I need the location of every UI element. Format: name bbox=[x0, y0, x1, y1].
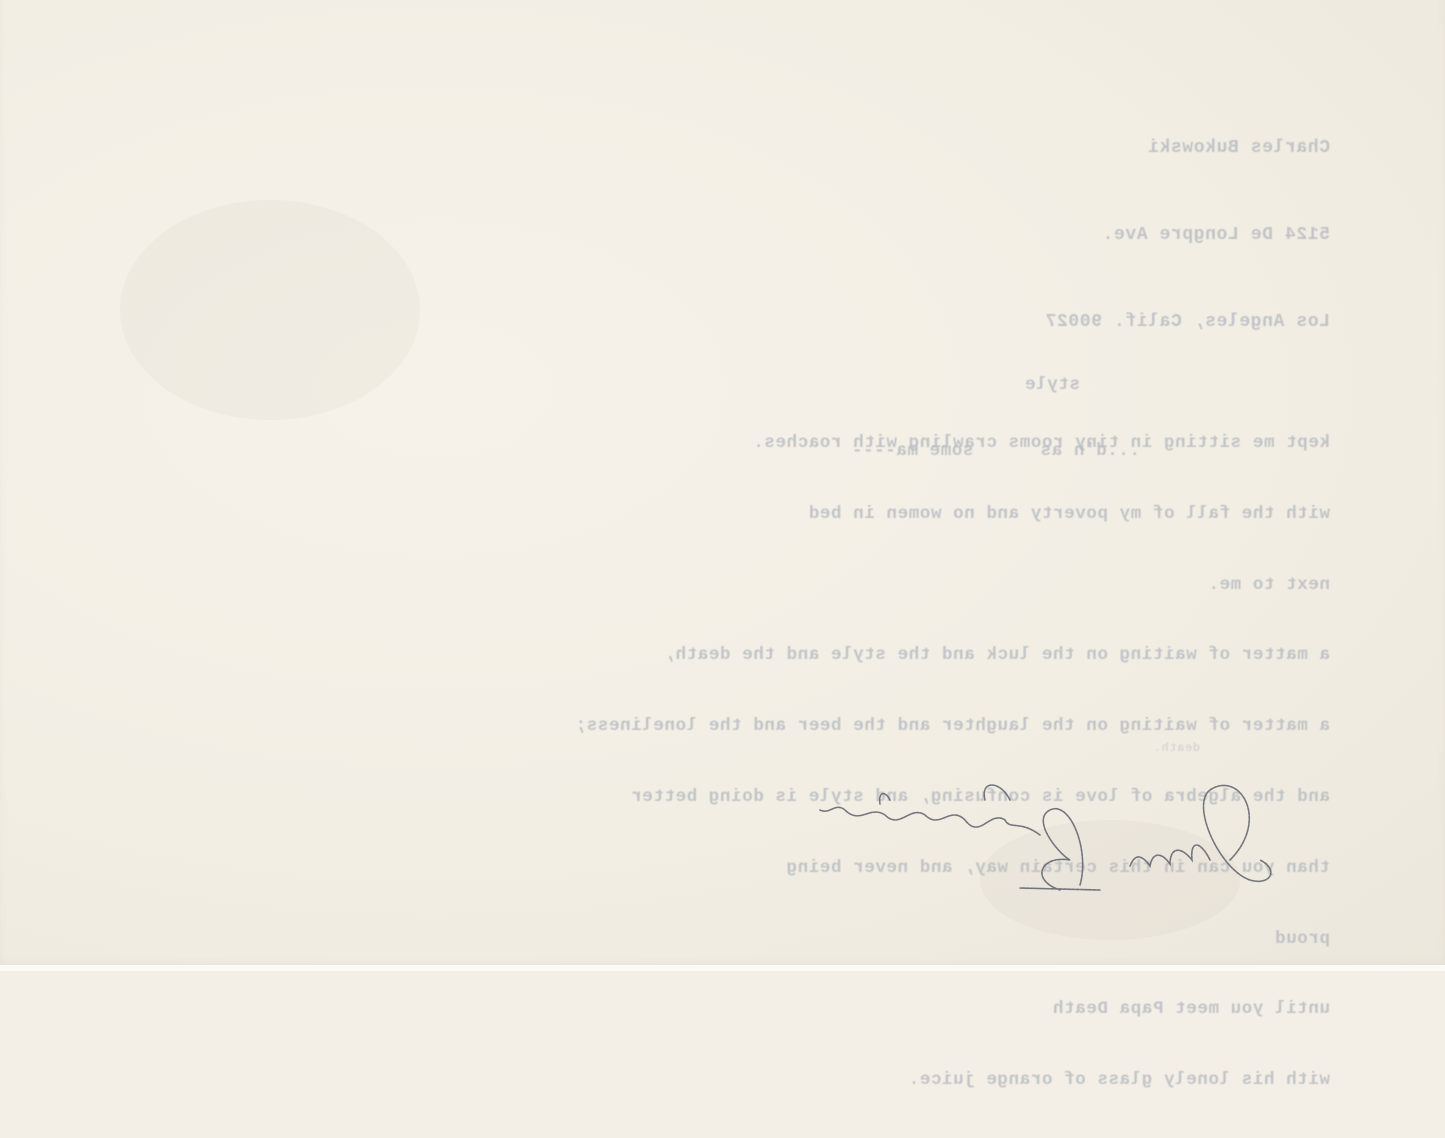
address-name: Charles Bukowski bbox=[910, 134, 1330, 163]
paper-stain bbox=[120, 200, 420, 420]
signature bbox=[770, 760, 1310, 910]
poem-line: with the fall of my poverty and no women… bbox=[480, 501, 1330, 528]
poem-line: a matter of waiting on the luck and the … bbox=[480, 642, 1330, 669]
document-page: Charles Bukowski 5124 De Longpre Ave. Lo… bbox=[0, 0, 1445, 971]
poem-line: next to me. bbox=[480, 572, 1330, 599]
poem-line: proud bbox=[480, 926, 1330, 953]
address-street: 5124 De Longpre Ave. bbox=[910, 221, 1330, 250]
poem-line: a matter of waiting on the laughter and … bbox=[480, 713, 1330, 740]
poem-line: kept me sitting in tiny rooms crawling w… bbox=[480, 430, 1330, 457]
paper-edge bbox=[0, 965, 1445, 971]
faint-fragment: death. bbox=[1080, 737, 1200, 759]
signature-ink-icon bbox=[770, 760, 1310, 910]
